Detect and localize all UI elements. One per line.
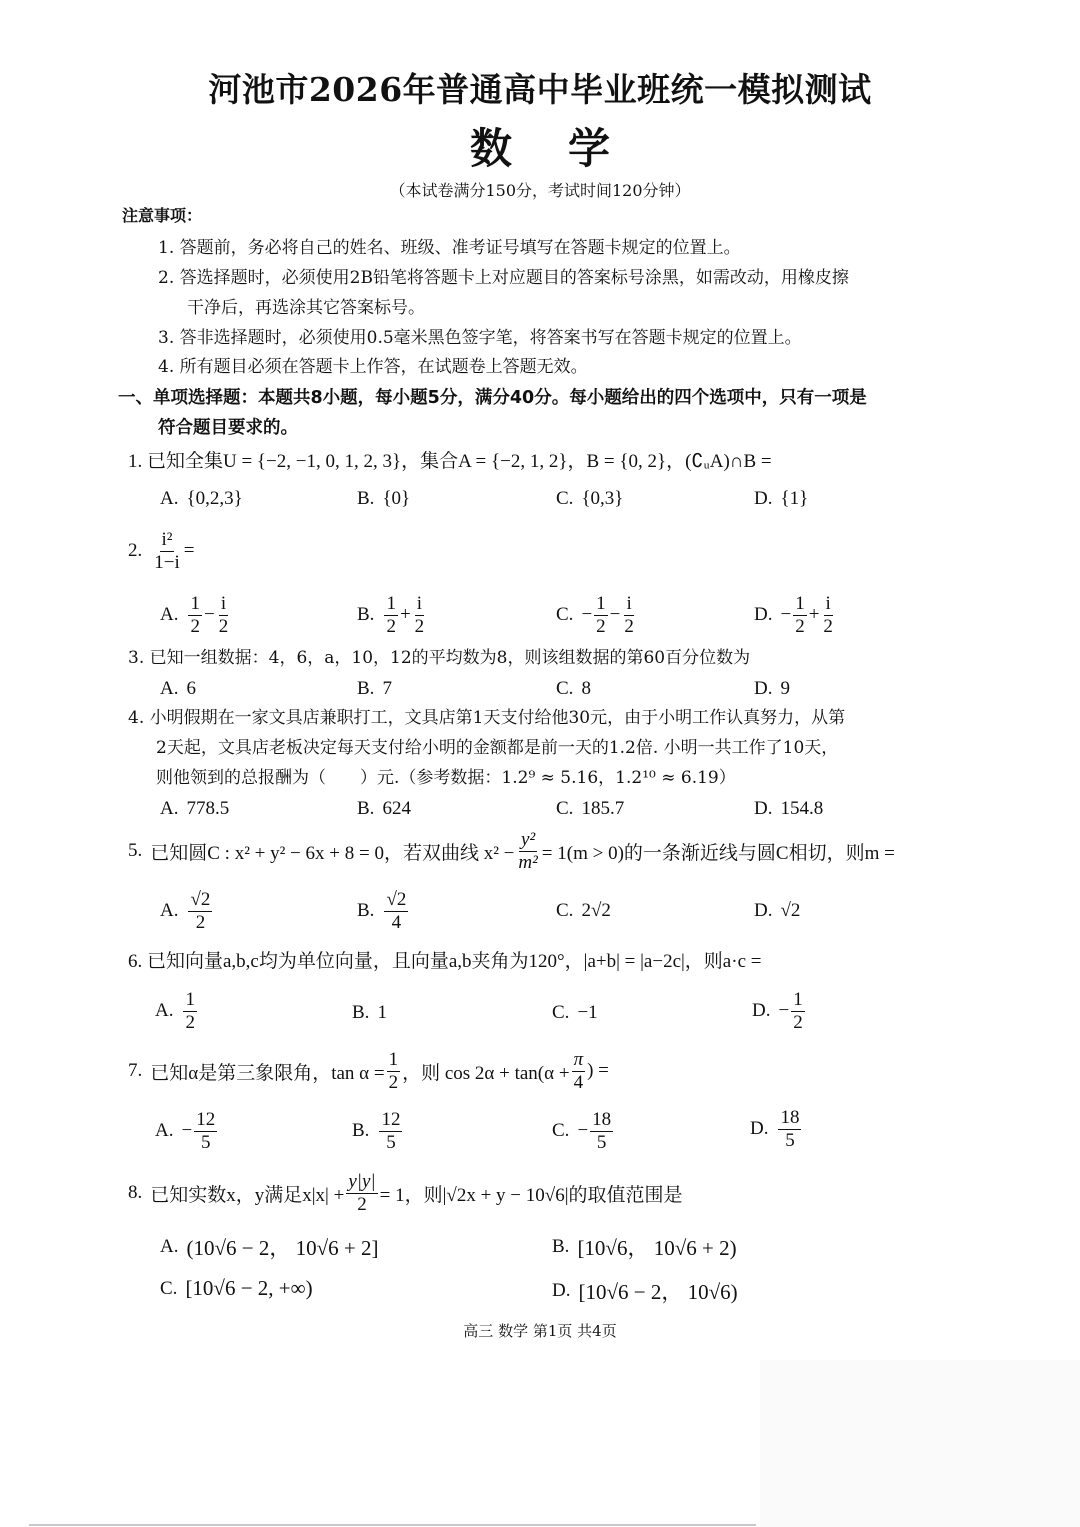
option-a[interactable]: A.(10√6 − 2， 10√6 + 2] — [160, 1232, 378, 1262]
notes-heading: 注意事项： — [122, 208, 202, 224]
note-item: 4. 所有题目必须在答题卡上作答，在试题卷上答题无效。 — [158, 359, 588, 376]
question-1: 1. 已知全集U = {−2, −1, 0, 1, 2, 3}，集合A = {−… — [128, 452, 772, 471]
option-b[interactable]: B.624 — [357, 798, 411, 820]
option-d[interactable]: D.185 — [750, 1108, 803, 1151]
page-footer: 高三 数学 第1页 共4页 — [0, 1320, 1080, 1341]
question-5: 5. 已知圆C : x² + y² − 6x + 8 = 0，若双曲线 x² −… — [128, 830, 895, 873]
note-item: 干净后，再选涂其它答案标号。 — [187, 300, 425, 317]
exam-info: （本试卷满分150分，考试时间120分钟） — [0, 178, 1080, 201]
option-c[interactable]: C.−1 — [552, 1002, 598, 1024]
note-item: 3. 答非选择题时，必须使用0.5毫米黑色签字笔，将答案书写在答题卡规定的位置上… — [158, 330, 802, 347]
question-4: 4. 小明假期在一家文具店兼职打工，文具店第1天支付给他30元，由于小明工作认真… — [128, 710, 845, 727]
option-a[interactable]: A.6 — [160, 678, 196, 700]
section-heading-cont: 符合题目要求的。 — [158, 420, 298, 438]
option-c[interactable]: C.2√2 — [556, 900, 611, 922]
option-a[interactable]: A.12 — [155, 990, 199, 1033]
option-b[interactable]: B. 12+i2 — [357, 594, 428, 637]
option-c[interactable]: C.185.7 — [556, 798, 624, 820]
option-a[interactable]: A. 12−i2 — [160, 594, 232, 637]
option-d[interactable]: D.√2 — [754, 900, 800, 922]
question-3: 3. 已知一组数据：4，6，a，10，12的平均数为8，则该组数据的第60百分位… — [128, 650, 750, 667]
subject-char: 数 — [470, 116, 512, 176]
exam-title: 河池市2026年普通高中毕业班统一模拟测试 — [0, 64, 1080, 111]
option-b[interactable]: B.125 — [352, 1110, 404, 1153]
option-b[interactable]: B.1 — [352, 1002, 387, 1024]
note-item: 2. 答选择题时，必须使用2B铅笔将答题卡上对应题目的答案标号涂黑，如需改动，用… — [158, 270, 849, 287]
subject-char: 学 — [568, 116, 610, 176]
option-b[interactable]: B.7 — [357, 678, 392, 700]
option-c[interactable]: C.−185 — [552, 1110, 615, 1153]
option-d[interactable]: D.−12 — [752, 990, 807, 1033]
option-b[interactable]: B.{0} — [357, 488, 410, 510]
option-c[interactable]: C.[10√6 − 2, +∞) — [160, 1276, 313, 1301]
subject-title: 数学 — [0, 116, 1080, 176]
option-b[interactable]: B.[10√6， 10√6 + 2) — [552, 1232, 737, 1262]
question-stem: 已知向量a,b,c均为单位向量，且向量a,b夹角为120°，|a+b| = |a… — [147, 951, 761, 972]
exam-page: 河池市2026年普通高中毕业班统一模拟测试 数学 （本试卷满分150分，考试时间… — [0, 0, 1080, 1527]
option-a[interactable]: A.778.5 — [160, 798, 229, 820]
option-d[interactable]: D.[10√6 − 2， 10√6) — [552, 1276, 738, 1306]
option-c[interactable]: C.{0,3} — [556, 488, 623, 510]
fraction: i²1−i — [152, 530, 182, 573]
option-d[interactable]: D. −12+i2 — [754, 594, 837, 637]
option-a[interactable]: A.√22 — [160, 890, 214, 933]
question-8: 8. 已知实数x，y满足x|x| + y|y|2 = 1，则|√2x + y −… — [128, 1172, 683, 1215]
option-c[interactable]: C. −12−i2 — [556, 594, 638, 637]
scan-shadow — [760, 1360, 1080, 1527]
option-d[interactable]: D.9 — [754, 678, 790, 700]
question-7: 7. 已知α是第三象限角，tan α = 12 ，则 cos 2α + tan(… — [128, 1050, 609, 1093]
option-d[interactable]: D.{1} — [754, 488, 808, 510]
option-b[interactable]: B.√24 — [357, 890, 410, 933]
option-c[interactable]: C.8 — [556, 678, 591, 700]
question-stem: 已知一组数据：4，6，a，10，12的平均数为8，则该组数据的第60百分位数为 — [150, 648, 750, 668]
option-d[interactable]: D.154.8 — [754, 798, 823, 820]
question-stem: 小明假期在一家文具店兼职打工，文具店第1天支付给他30元，由于小明工作认真努力，… — [150, 708, 845, 728]
question-stem: 已知全集U = {−2, −1, 0, 1, 2, 3}，集合A = {−2, … — [147, 451, 772, 472]
section-heading: 一、单项选择题：本题共8小题，每小题5分，满分40分。每小题给出的四个选项中，只… — [118, 390, 867, 408]
page-edge-line — [29, 1524, 756, 1526]
option-a[interactable]: A.{0,2,3} — [160, 488, 243, 510]
question-4-cont: 2天起，文具店老板决定每天支付给小明的金额都是前一天的1.2倍. 小明一共工作了… — [156, 740, 838, 757]
question-2: 2. i²1−i = — [128, 530, 194, 573]
option-a[interactable]: A.−125 — [155, 1110, 219, 1153]
note-item: 1. 答题前，务必将自己的姓名、班级、准考证号填写在答题卡规定的位置上。 — [158, 240, 741, 257]
question-6: 6. 已知向量a,b,c均为单位向量，且向量a,b夹角为120°，|a+b| =… — [128, 952, 761, 971]
question-4-cont: 则他领到的总报酬为（ ）元.（参考数据：1.2⁹ ≈ 5.16，1.2¹⁰ ≈ … — [156, 770, 736, 787]
